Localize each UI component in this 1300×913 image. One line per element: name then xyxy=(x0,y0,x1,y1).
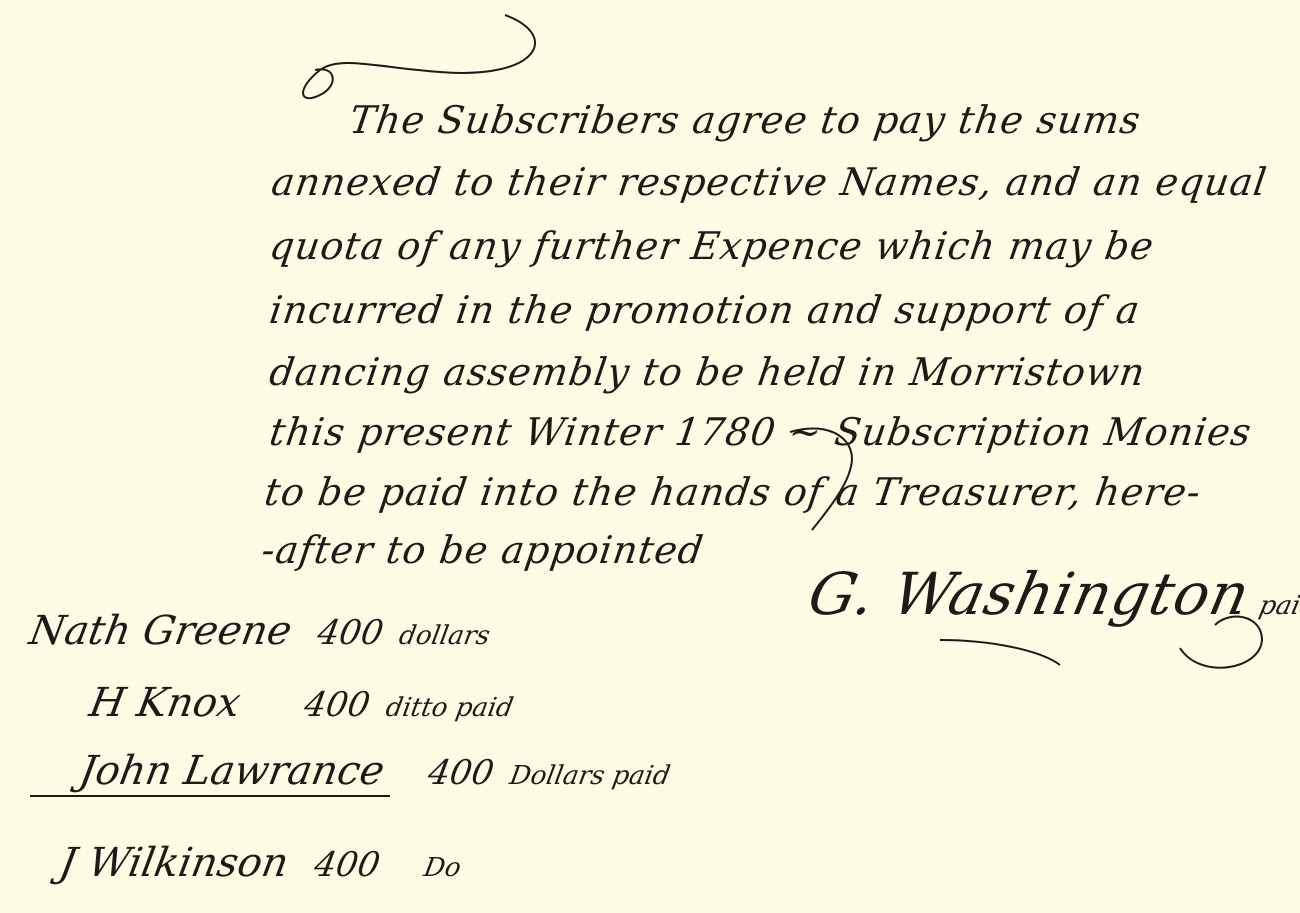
subscriber-note: dollars xyxy=(397,621,492,651)
agreement-line: this present Winter 1780 ~ Subscription … xyxy=(267,410,1255,454)
agreement-line: The Subscribers agree to pay the sums xyxy=(347,98,1144,142)
subscriber-name: John Lawrance xyxy=(76,748,388,794)
subscriber-note: ditto paid xyxy=(383,693,515,723)
manuscript-page: The Subscribers agree to pay the sums an… xyxy=(0,0,1300,913)
subscriber-entry: John Lawrance 400 Dollars paid xyxy=(76,748,675,794)
agreement-line: annexed to their respective Names, and a… xyxy=(269,160,1270,204)
agreement-line: -after to be appointed xyxy=(259,528,707,572)
subscriber-note: Dollars paid xyxy=(507,761,672,791)
subscriber-entry: Nath Greene 400 dollars xyxy=(26,608,495,654)
signatory-name: G. Washington xyxy=(803,560,1256,628)
subscriber-entry: J Wilkinson 400 Do xyxy=(56,840,466,886)
signature-underline xyxy=(30,795,390,797)
signatory-note: paid P.D. xyxy=(1256,591,1300,621)
agreement-line: quota of any further Expence which may b… xyxy=(267,224,1157,268)
washington-signature: G. Washington paid P.D. xyxy=(803,560,1300,628)
subscriber-amount: 400 xyxy=(314,613,386,653)
agreement-line: to be paid into the hands of a Treasurer… xyxy=(262,470,1204,514)
subscriber-amount: 400 xyxy=(301,685,373,725)
subscriber-amount: 400 xyxy=(311,845,383,885)
subscriber-name: Nath Greene xyxy=(26,608,295,654)
subscriber-name: J Wilkinson xyxy=(56,840,292,886)
agreement-line: incurred in the promotion and support of… xyxy=(267,288,1143,332)
subscriber-amount: 400 xyxy=(425,753,497,793)
subscriber-note: Do xyxy=(421,853,463,883)
subscriber-entry: H Knox 400 ditto paid xyxy=(86,680,518,726)
agreement-line: dancing assembly to be held in Morristow… xyxy=(267,350,1148,394)
subscriber-name: H Knox xyxy=(86,680,244,726)
